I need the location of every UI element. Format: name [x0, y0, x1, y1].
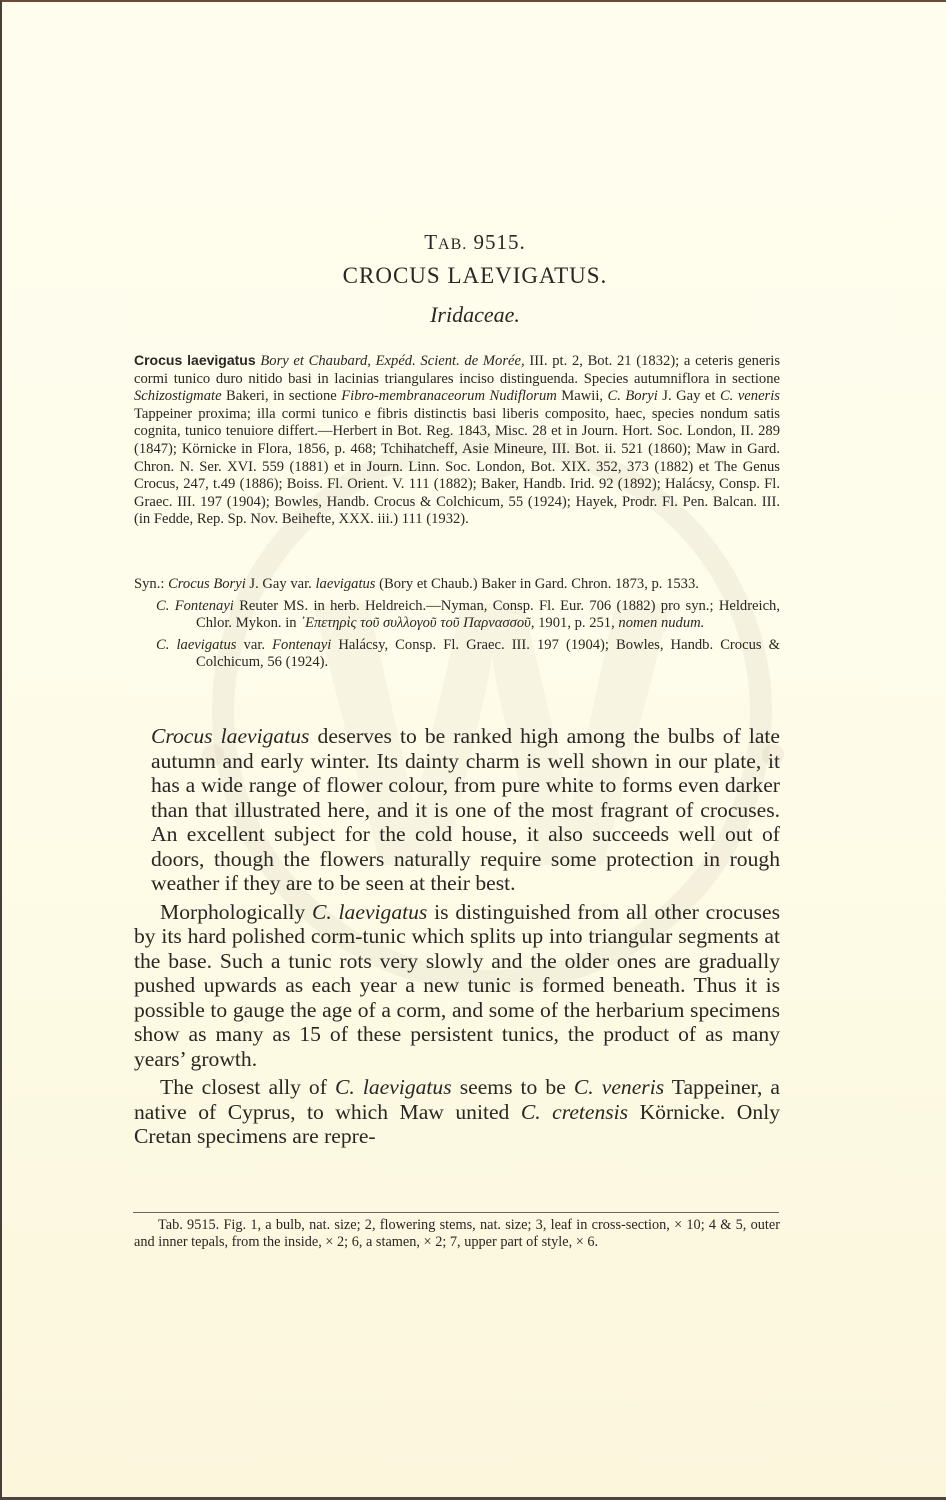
- italic-text: C. veneris: [574, 1075, 664, 1099]
- synonym-name: C. laevigatus: [156, 637, 236, 653]
- synonym-item: Syn.: Crocus Boryi J. Gay var. laevigatu…: [134, 576, 780, 594]
- paragraph: The closest ally of C. laevigatus seems …: [134, 1075, 780, 1149]
- paragraph-text: Morphologically: [160, 900, 312, 924]
- citation-italic: C. veneris: [720, 388, 780, 404]
- citation-italic: Schizostigmate: [134, 388, 222, 404]
- paragraph: Morphologically C. laevigatus is disting…: [134, 900, 780, 1072]
- main-text: Crocus laevigatus deserves to be ranked …: [134, 724, 780, 1153]
- plate-number: TAB. 9515.: [2, 230, 946, 255]
- italic-text: C. cretensis: [521, 1100, 628, 1124]
- figure-caption: Tab. 9515. Fig. 1, a bulb, nat. size; 2,…: [134, 1217, 780, 1252]
- citation-lead-name: Crocus laevigatus: [134, 352, 256, 368]
- synonym-italic: nomen nudum.: [618, 615, 704, 631]
- synonym-text: , 1901, p. 251,: [531, 615, 619, 631]
- species-title: CROCUS LAEVIGATUS.: [2, 263, 946, 289]
- italic-text: C. laevigatus: [312, 900, 427, 924]
- family-name: Iridaceae.: [2, 302, 946, 328]
- synonym-item: C. Fontenayi Reuter MS. in herb. Heldrei…: [134, 598, 780, 633]
- citation-block: Crocus laevigatus Bory et Chaubard, Expé…: [134, 352, 780, 529]
- paragraph: Crocus laevigatus deserves to be ranked …: [134, 724, 780, 896]
- synonym-italic: Fontenayi: [272, 637, 331, 653]
- citation-authority: Bory et Chaubard, Expéd. Scient. de Moré…: [260, 353, 524, 369]
- synonym-italic: ᾿Επετηρὶς τοῦ συλλογοῦ τοῦ Παρνασσοῦ: [300, 615, 531, 631]
- figure-caption-text: Tab. 9515. Fig. 1, a bulb, nat. size; 2,…: [134, 1217, 780, 1252]
- citation-italic: Fibro-membranaceorum Nudiflorum: [341, 388, 557, 404]
- paragraph-text: deserves to be ranked high among the bul…: [151, 724, 780, 895]
- italic-text: C. laevigatus: [335, 1075, 452, 1099]
- synonym-name: Crocus Boryi: [168, 576, 246, 592]
- synonyms-block: Syn.: Crocus Boryi J. Gay var. laevigatu…: [134, 576, 780, 676]
- synonym-name: C. Fontenayi: [156, 598, 234, 614]
- synonym-text: var.: [236, 637, 272, 653]
- paragraph-text: is distinguished from all other crocuses…: [134, 900, 780, 1071]
- italic-text: Crocus laevigatus: [151, 724, 309, 748]
- paragraph-text: The closest ally of: [160, 1075, 335, 1099]
- citation-italic: C. Boryi: [608, 388, 658, 404]
- footnote-divider: [133, 1212, 779, 1213]
- citation-text: Mawii,: [557, 388, 608, 404]
- synonym-text: J. Gay var.: [246, 576, 316, 592]
- paragraph-text: seems to be: [452, 1075, 574, 1099]
- citation-text: J. Gay et: [658, 388, 720, 404]
- synonyms-label: Syn.:: [134, 576, 168, 592]
- synonym-item: C. laevigatus var. Fontenayi Halácsy, Co…: [134, 637, 780, 672]
- synonym-italic: laevigatus: [315, 576, 375, 592]
- citation-text: Tappeiner proxima; illa cormi tunico e f…: [134, 406, 780, 528]
- synonym-text: (Bory et Chaub.) Baker in Gard. Chron. 1…: [375, 576, 698, 592]
- citation-text: Bakeri, in sectione: [222, 388, 342, 404]
- scanned-page: W TAB. 9515. CROCUS LAEVIGATUS. Iridacea…: [0, 0, 946, 1500]
